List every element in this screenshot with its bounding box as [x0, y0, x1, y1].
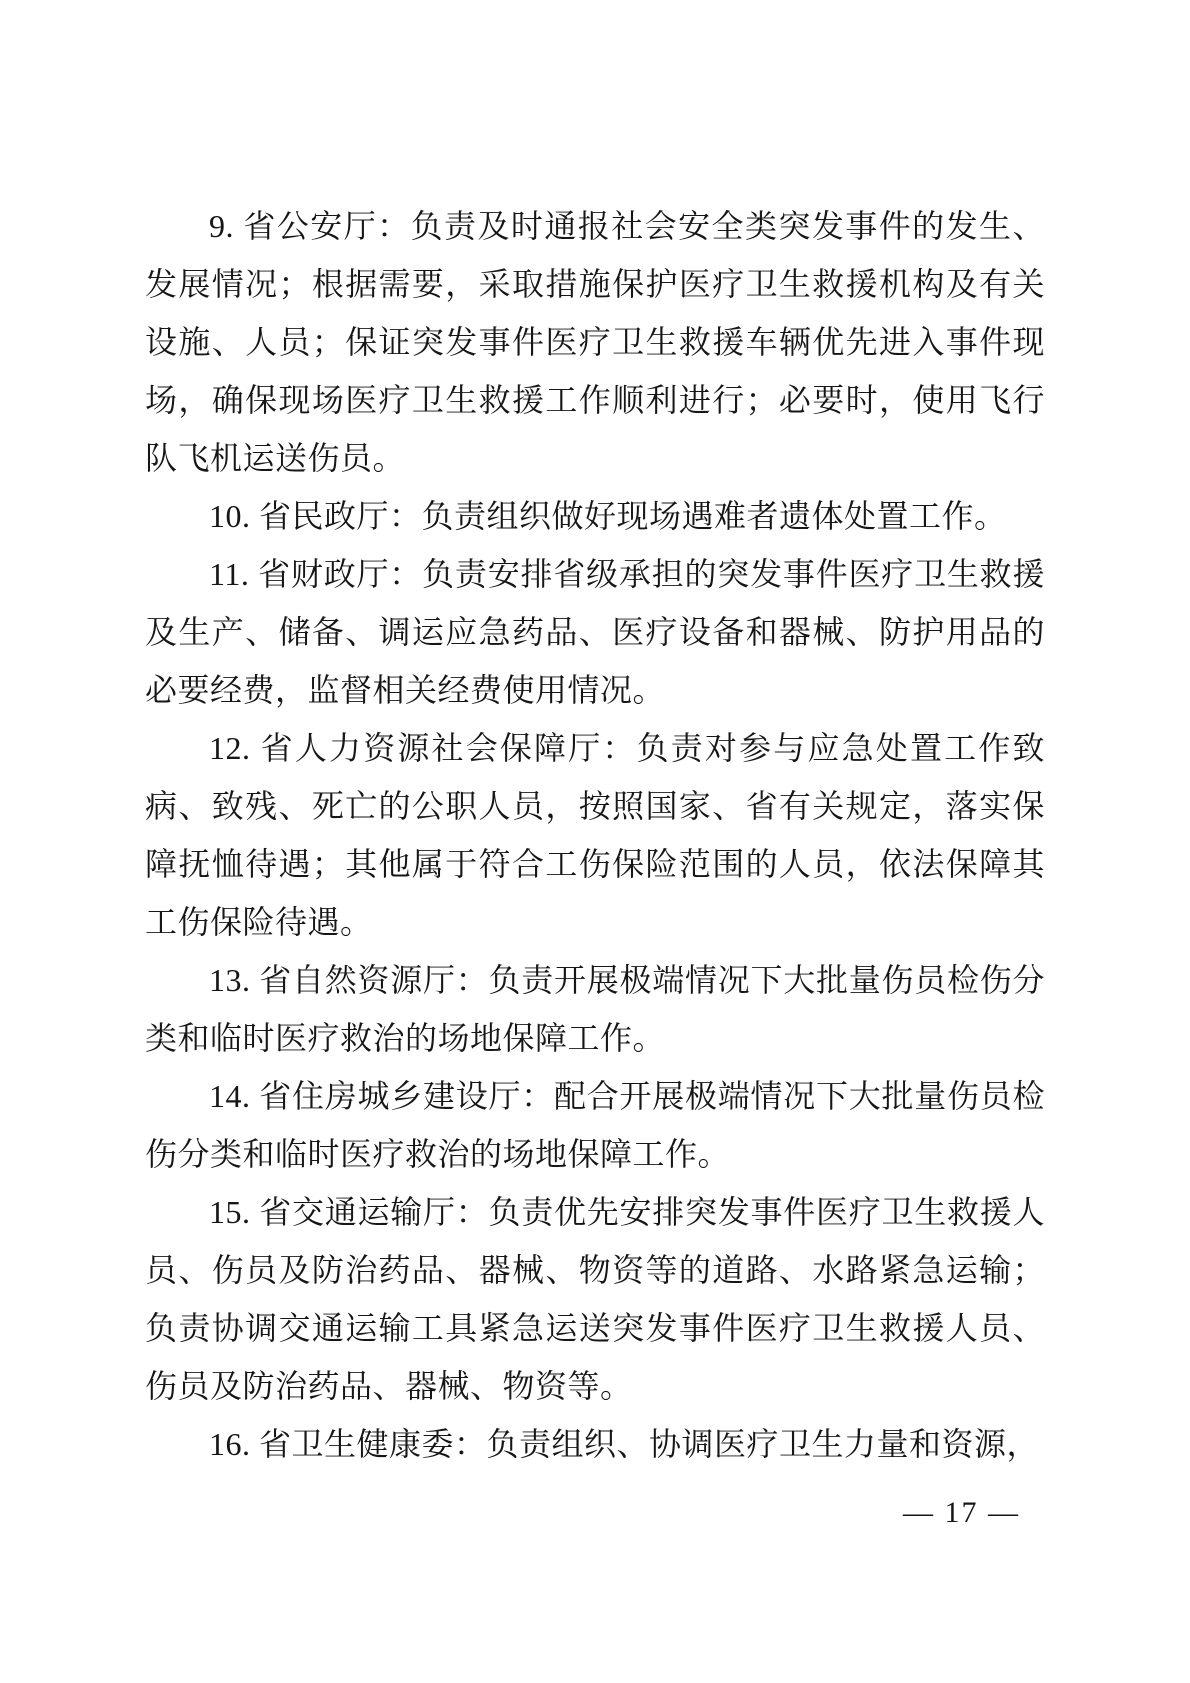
paragraph-item-11: 11. 省财政厅：负责安排省级承担的突发事件医疗卫生救援及生产、储备、调运应急药…	[145, 545, 1045, 719]
page-number: — 17 —	[903, 1496, 1020, 1529]
document-page: 9. 省公安厅：负责及时通报社会安全类突发事件的发生、发展情况；根据需要，采取措…	[0, 0, 1190, 1683]
paragraph-item-9: 9. 省公安厅：负责及时通报社会安全类突发事件的发生、发展情况；根据需要，采取措…	[145, 197, 1045, 487]
paragraph-item-15: 15. 省交通运输厅：负责优先安排突发事件医疗卫生救援人员、伤员及防治药品、器械…	[145, 1183, 1045, 1415]
page-footer: — 17 —	[903, 1494, 1020, 1532]
paragraph-item-10: 10. 省民政厅：负责组织做好现场遇难者遗体处置工作。	[145, 487, 1045, 545]
paragraph-item-14: 14. 省住房城乡建设厅：配合开展极端情况下大批量伤员检伤分类和临时医疗救治的场…	[145, 1067, 1045, 1183]
paragraph-item-16: 16. 省卫生健康委：负责组织、协调医疗卫生力量和资源，	[145, 1415, 1045, 1473]
paragraph-item-12: 12. 省人力资源社会保障厅：负责对参与应急处置工作致病、致残、死亡的公职人员，…	[145, 719, 1045, 951]
document-body: 9. 省公安厅：负责及时通报社会安全类突发事件的发生、发展情况；根据需要，采取措…	[145, 197, 1045, 1473]
paragraph-item-13: 13. 省自然资源厅：负责开展极端情况下大批量伤员检伤分类和临时医疗救治的场地保…	[145, 951, 1045, 1067]
